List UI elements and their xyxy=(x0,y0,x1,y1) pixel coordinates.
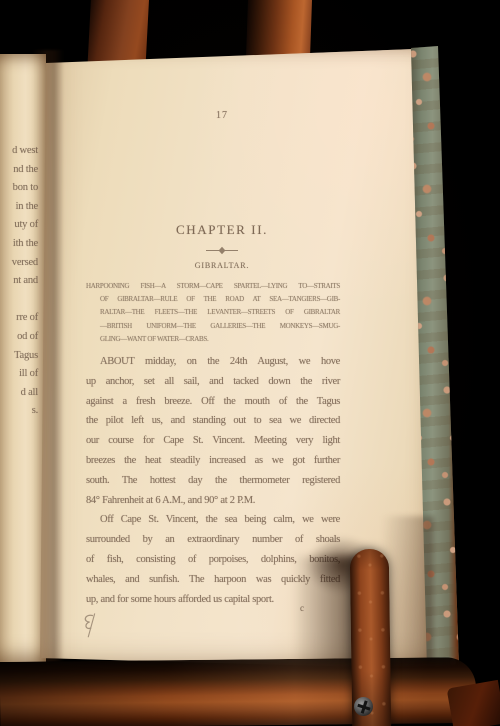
summary-line: HARPOONING FISH—A STORM—CAPE SPARTEL—LYI… xyxy=(86,280,340,293)
easel-frame-corner xyxy=(447,680,500,726)
body-line: against a fresh breeze. Off the mouth of… xyxy=(86,392,340,412)
body-line: south. The hottest day the thermometer r… xyxy=(86,471,340,491)
summary-line: —BRITISH UNIFORM—THE GALLERIES—THE MONKE… xyxy=(86,320,340,333)
body-line: ABOUT midday, on the 24th August, we hov… xyxy=(86,352,340,372)
chapter-summary: HARPOONING FISH—A STORM—CAPE SPARTEL—LYI… xyxy=(86,280,340,346)
summary-line: OF GIBRALTAR—RULE OF THE ROAD AT SEA—TAN… xyxy=(86,293,340,306)
gutter-shadow xyxy=(32,50,64,662)
pencil-inscription xyxy=(79,611,102,641)
text-block: 17 CHAPTER II. GIBRALTAR. HARPOONING FIS… xyxy=(86,42,340,609)
body-line: surrounded by an extraordinary number of… xyxy=(86,530,340,550)
body-line: up anchor, set all sail, and tacked down… xyxy=(86,372,340,392)
body-line: 84° Fahrenheit at 6 A.M., and 90° at 2 P… xyxy=(86,491,340,511)
summary-line: GLING—WANT OF WATER—CRABS. xyxy=(86,333,340,346)
photo-scene: d westnd thebon toin theuty ofith thever… xyxy=(0,0,500,726)
body-line: the pilot left us, and standing out to s… xyxy=(86,411,340,431)
page-number: 17 xyxy=(95,110,349,122)
arm-cast-shadow-long xyxy=(292,556,358,668)
body-line: breezes the heat steadily increased as w… xyxy=(86,451,340,471)
summary-line: RALTAR—THE FLEETS—THE LEVANTER—STREETS O… xyxy=(86,306,340,319)
divider-ornament-icon xyxy=(95,246,349,255)
easel-ledge xyxy=(0,657,476,726)
section-title: GIBRALTAR. xyxy=(95,261,349,271)
chapter-heading: CHAPTER II. xyxy=(95,222,349,238)
body-line: Off Cape St. Vincent, the sea being calm… xyxy=(86,510,340,530)
body-line: our course for Cape St. Vincent. Meeting… xyxy=(86,431,340,451)
screw-head-icon xyxy=(354,697,373,716)
